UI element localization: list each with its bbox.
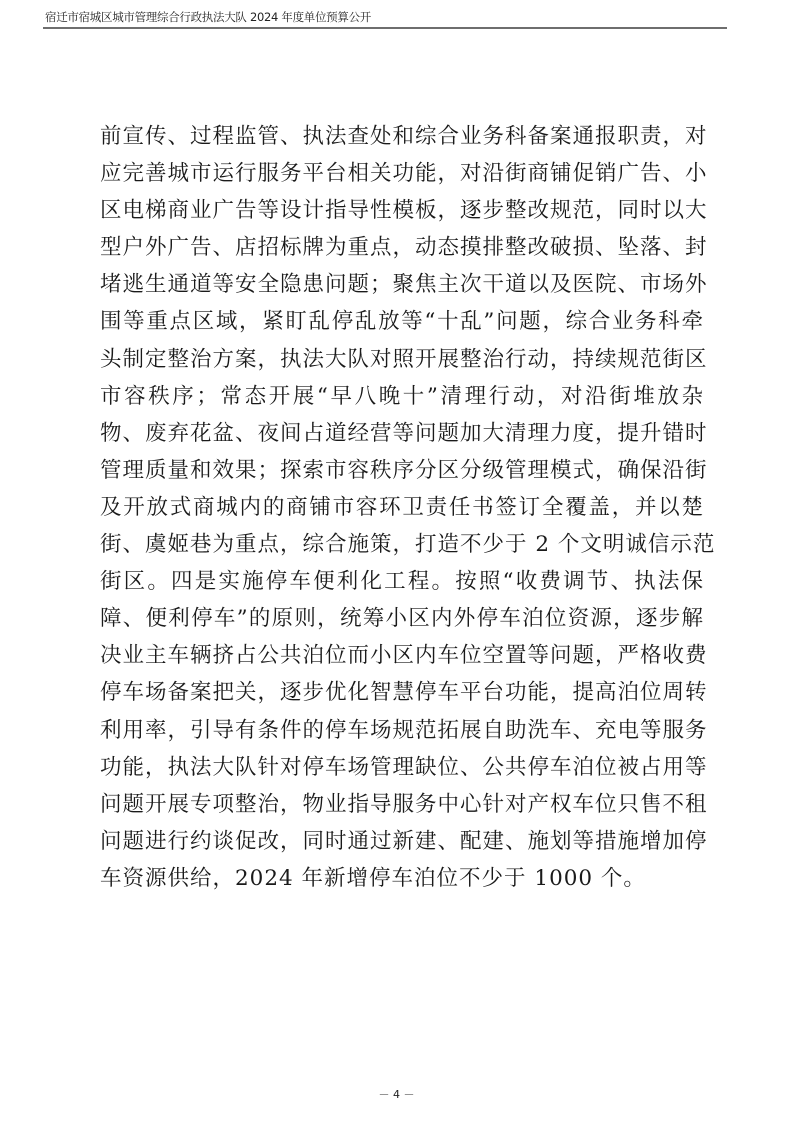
- text-line: 市容秩序；常态开展“早八晚十”清理行动，对沿街堆放杂: [100, 378, 704, 415]
- text-line: 应完善城市运行服务平台相关功能，对沿街商铺促销广告、小: [100, 155, 704, 192]
- text-line: 停车场备案把关，逐步优化智慧停车平台功能，提高泊位周转: [100, 674, 704, 711]
- page-number: － 4 －: [0, 1086, 793, 1102]
- text-line: 障、便利停车”的原则，统筹小区内外停车泊位资源，逐步解: [100, 600, 704, 637]
- text-line: 街区。四是实施停车便利化工程。按照“收费调节、执法保: [100, 563, 704, 600]
- text-line: 堵逃生通道等安全隐患问题；聚焦主次干道以及医院、市场外: [100, 266, 704, 303]
- text-line: 利用率，引导有条件的停车场规范拓展自助洗车、充电等服务: [100, 712, 704, 749]
- text-line: 型户外广告、店招标牌为重点，动态摸排整改破损、坠落、封: [100, 229, 704, 266]
- text-line: 围等重点区域，紧盯乱停乱放等“十乱”问题，综合业务科牵: [100, 303, 704, 340]
- text-line: 问题开展专项整治，物业指导服务中心针对产权车位只售不租: [100, 786, 704, 823]
- text-line: 车资源供给，2024 年新增停车泊位不少于 1000 个。: [100, 860, 704, 897]
- text-line: 管理质量和效果；探索市容秩序分区分级管理模式，确保沿街: [100, 452, 704, 489]
- text-line: 及开放式商城内的商铺市容环卫责任书签订全覆盖，并以楚: [100, 489, 704, 526]
- page-header: 宿迁市宿城区城市管理综合行政执法大队 2024 年度单位预算公开: [43, 7, 727, 29]
- document-header-title: 宿迁市宿城区城市管理综合行政执法大队 2024 年度单位预算公开: [45, 9, 371, 25]
- text-line: 问题进行约谈促改，同时通过新建、配建、施划等措施增加停: [100, 823, 704, 860]
- text-line: 前宣传、过程监管、执法查处和综合业务科备案通报职责，对: [100, 118, 704, 155]
- text-line: 物、废弃花盆、夜间占道经营等问题加大清理力度，提升错时: [100, 415, 704, 452]
- text-line: 决业主车辆挤占公共泊位而小区内车位空置等问题，严格收费: [100, 637, 704, 674]
- text-line: 街、虞姬巷为重点，综合施策，打造不少于 2 个文明诚信示范: [100, 526, 704, 563]
- text-line: 区电梯商业广告等设计指导性模板，逐步整改规范，同时以大: [100, 192, 704, 229]
- text-line: 功能，执法大队针对停车场管理缺位、公共停车泊位被占用等: [100, 749, 704, 786]
- text-line: 头制定整治方案，执法大队对照开展整治行动，持续规范街区: [100, 341, 704, 378]
- body-paragraph: 前宣传、过程监管、执法查处和综合业务科备案通报职责，对 应完善城市运行服务平台相…: [100, 118, 704, 897]
